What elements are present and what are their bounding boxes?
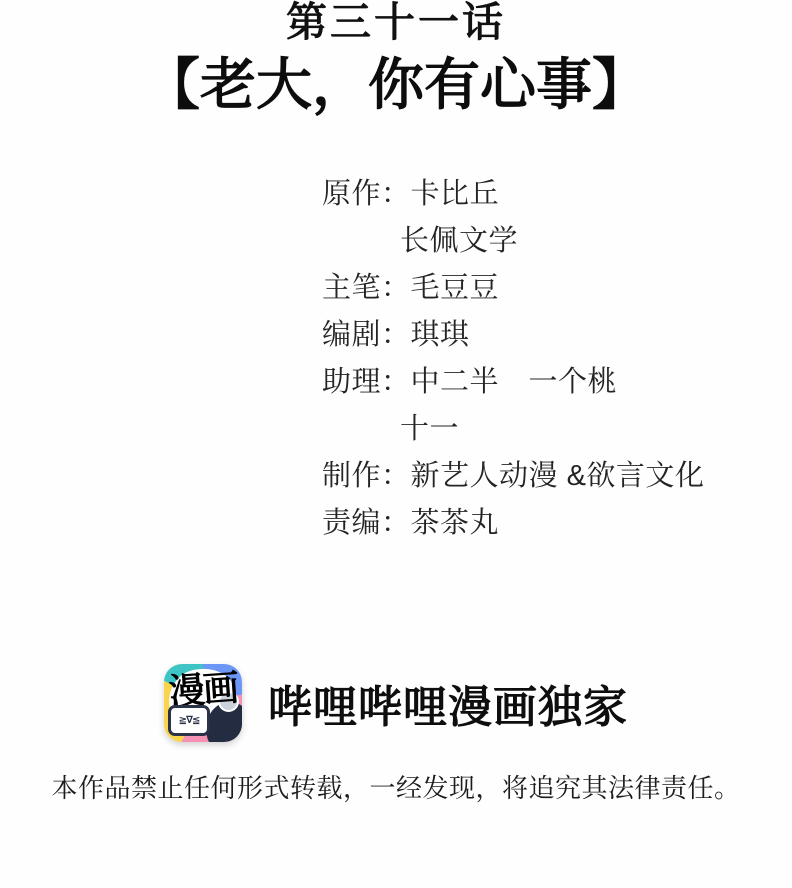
chapter-number: 第三十一话: [0, 0, 792, 44]
bilibili-tv-icon: ≧∇≦: [168, 705, 210, 736]
credit-label: 主笔：: [322, 265, 411, 306]
credit-label: 编剧：: [322, 312, 411, 353]
credit-line-assistants: 助理： 中二半 一个桃: [322, 356, 704, 403]
bilibili-exclusive-label: 哔哩哔哩漫画独家: [268, 671, 628, 735]
credit-label: 原作：: [322, 171, 411, 212]
credit-label: 责编：: [322, 500, 411, 541]
credit-line-screenwriter: 编剧： 琪琪: [322, 309, 704, 356]
manga-credits-page: 第三十一话 【老大，你有心事】 原作： 卡比丘 长佩文学 主笔： 毛豆豆 编剧：…: [0, 0, 792, 888]
credit-label: 助理：: [322, 359, 411, 400]
credit-value: 长佩文学: [400, 218, 518, 259]
credit-value: 十一: [400, 406, 459, 447]
copyright-warning: 本作品禁止任何形式转载，一经发现，将追究其法律责任。: [0, 773, 792, 803]
credit-value: 茶茶丸: [411, 500, 500, 541]
credit-label: 制作：: [322, 453, 411, 494]
publisher-row: 漫画 ≧∇≦ 哔哩哔哩漫画独家: [0, 664, 792, 742]
tv-face: ≧∇≦: [179, 716, 200, 726]
bilibili-comics-logo-icon: 漫画 ≧∇≦: [164, 664, 242, 742]
credit-line-original-work-publisher: 长佩文学: [322, 215, 704, 262]
credit-value: 卡比丘: [411, 171, 500, 212]
credit-value: 中二半 一个桃: [411, 359, 618, 400]
credits-list: 原作： 卡比丘 长佩文学 主笔： 毛豆豆 编剧： 琪琪 助理： 中二半 一个桃 …: [322, 168, 704, 544]
credit-line-editor: 责编： 茶茶丸: [322, 497, 704, 544]
credit-line-assistants-cont: 十一: [322, 403, 704, 450]
credit-value: 新艺人动漫 &欲言文化: [411, 453, 705, 494]
credit-line-original-work: 原作： 卡比丘: [322, 168, 704, 215]
credit-line-lead-artist: 主笔： 毛豆豆: [322, 262, 704, 309]
chapter-title: 【老大，你有心事】: [0, 52, 792, 118]
credit-value: 琪琪: [411, 312, 470, 353]
credit-value: 毛豆豆: [411, 265, 500, 306]
credit-line-production: 制作： 新艺人动漫 &欲言文化: [322, 450, 704, 497]
